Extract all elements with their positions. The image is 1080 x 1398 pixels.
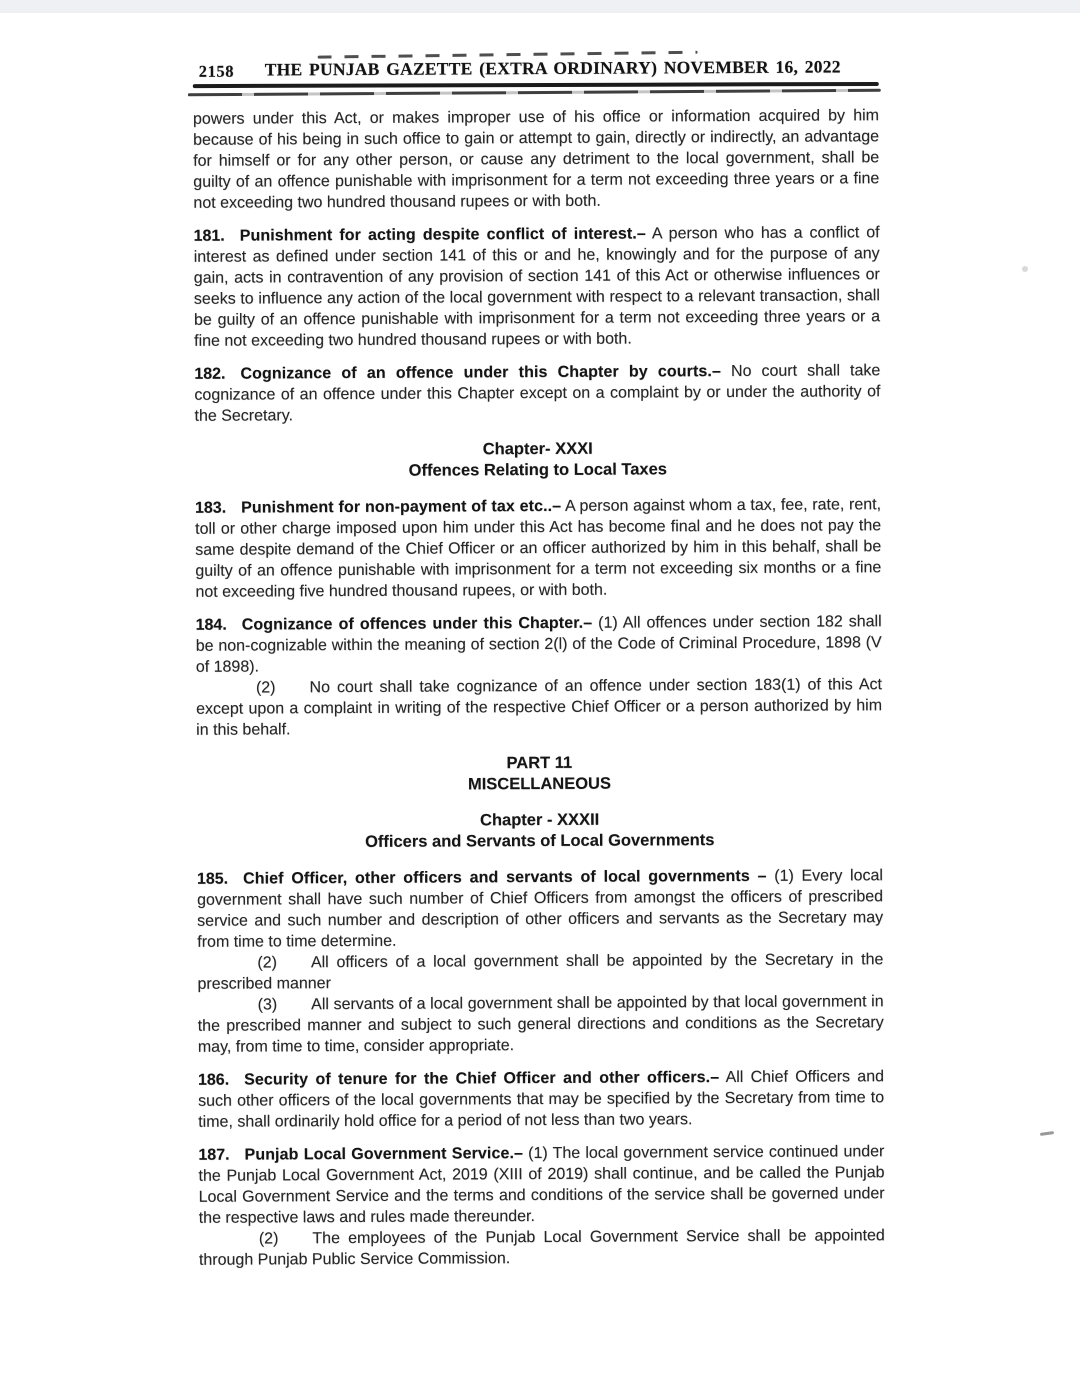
subsection-label: (2)	[259, 1230, 313, 1247]
subsection-label: (2)	[257, 954, 311, 971]
section-181: 181.Punishment for acting despite confli…	[194, 222, 881, 352]
chapter-title-line: Officers and Servants of Local Governmen…	[197, 829, 883, 854]
scan-speck-dot	[1022, 266, 1028, 272]
chapter-heading-xxxi: Chapter- XXXI Offences Relating to Local…	[195, 437, 881, 484]
subsection-185-2: (2)All officers of a local government sh…	[197, 949, 883, 995]
section-title: Security of tenure for the Chief Officer…	[244, 1069, 719, 1088]
section-title: Cognizance of offences under this Chapte…	[242, 614, 593, 633]
section-title: Punishment for non-payment of tax etc..–	[241, 497, 561, 516]
screen-top-strip	[0, 0, 1080, 13]
header-rule-secondary	[188, 89, 881, 96]
gazette-title: THE PUNJAB GAZETTE (EXTRA ORDINARY) NOVE…	[193, 56, 879, 81]
part-heading-11: PART 11 MISCELLANEOUS	[196, 751, 882, 798]
subsection-label: (3)	[258, 996, 312, 1013]
section-184: 184.Cognizance of offences under this Ch…	[196, 611, 882, 678]
section-number: 181.	[194, 227, 240, 244]
subsection-187-2: (2)The employees of the Punjab Local Gov…	[199, 1225, 885, 1271]
section-title: Punishment for acting despite conflict o…	[240, 225, 646, 244]
paragraph-continuation: powers under this Act, or makes improper…	[193, 105, 880, 214]
section-187: 187.Punjab Local Government Service.– (1…	[198, 1141, 884, 1229]
section-182: 182.Cognizance of an offence under this …	[194, 360, 880, 427]
chapter-heading-xxxii: Chapter - XXXII Officers and Servants of…	[197, 808, 883, 855]
section-number: 184.	[196, 616, 242, 633]
scanned-gazette-page: 2158 THE PUNJAB GAZETTE (EXTRA ORDINARY)…	[0, 0, 1080, 1398]
header-rule-primary	[193, 82, 879, 88]
section-number: 187.	[198, 1146, 244, 1163]
section-number: 185.	[197, 870, 243, 887]
section-title: Punjab Local Government Service.–	[244, 1145, 523, 1163]
section-185: 185.Chief Officer, other officers and se…	[197, 865, 883, 953]
subsection-185-3: (3)All servants of a local government sh…	[198, 991, 884, 1058]
subsection-label: (2)	[256, 679, 310, 696]
gazette-header: 2158 THE PUNJAB GAZETTE (EXTRA ORDINARY)…	[193, 56, 879, 95]
subsection-184-2: (2)No court shall take cognizance of an …	[196, 674, 882, 741]
part-title-line: MISCELLANEOUS	[196, 772, 882, 797]
page-number: 2158	[199, 62, 235, 82]
chapter-title-line: Offences Relating to Local Taxes	[195, 458, 881, 483]
section-186: 186.Security of tenure for the Chief Off…	[198, 1066, 884, 1133]
section-number: 183.	[195, 499, 241, 516]
section-183: 183.Punishment for non-payment of tax et…	[195, 494, 882, 603]
section-title: Cognizance of an offence under this Chap…	[240, 363, 721, 383]
section-number: 186.	[198, 1071, 244, 1088]
section-title: Chief Officer, other officers and servan…	[243, 867, 767, 887]
section-number: 182.	[194, 365, 240, 382]
page-content-column: 2158 THE PUNJAB GAZETTE (EXTRA ORDINARY)…	[193, 56, 885, 1270]
